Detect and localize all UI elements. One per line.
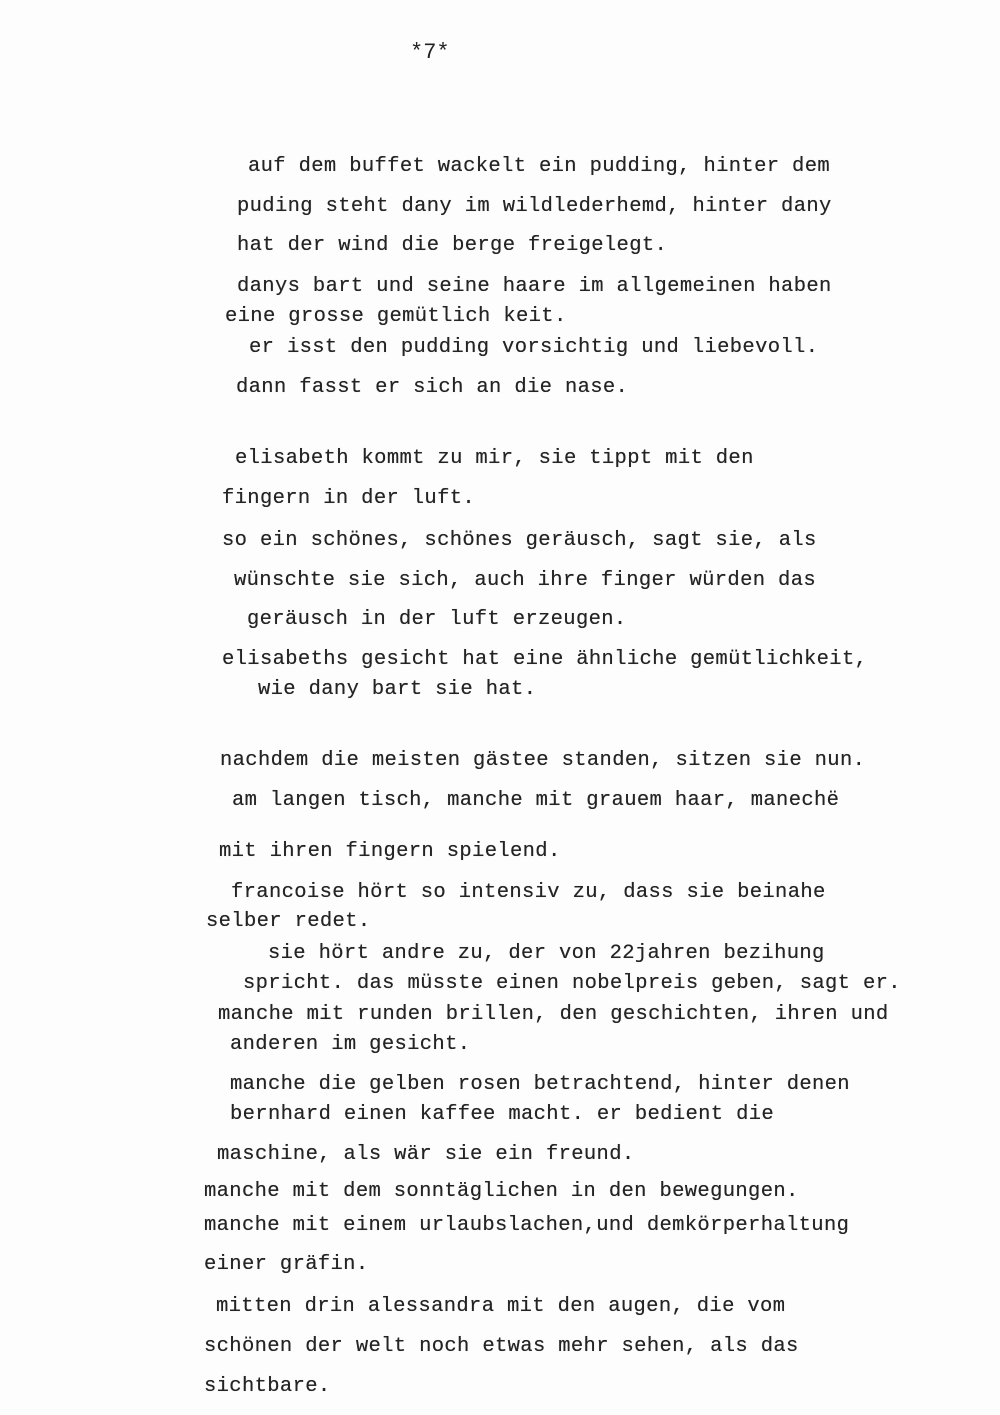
page-number: *7* xyxy=(410,40,450,65)
text-line: mitten drin alessandra mit den augen, di… xyxy=(216,1295,785,1318)
text-line: puding steht dany im wildlederhemd, hint… xyxy=(237,195,832,218)
text-line: wünschte sie sich, auch ihre finger würd… xyxy=(234,569,816,592)
text-line: fingern in der luft. xyxy=(222,487,475,510)
text-line: manche mit dem sonntäglichen in den bewe… xyxy=(204,1180,799,1203)
text-line: dann fasst er sich an die nase. xyxy=(236,376,628,399)
text-line: selber redet. xyxy=(206,910,370,933)
text-line: sichtbare. xyxy=(204,1375,331,1398)
text-line: am langen tisch, manche mit grauem haar,… xyxy=(232,789,839,812)
text-line: einer gräfin. xyxy=(204,1253,368,1276)
text-line: manche mit runden brillen, den geschicht… xyxy=(218,1003,889,1026)
text-line: eine grosse gemütlich keit. xyxy=(225,305,567,328)
text-line: er isst den pudding vorsichtig und liebe… xyxy=(249,336,818,359)
text-line: wie dany bart sie hat. xyxy=(258,678,536,701)
text-line: auf dem buffet wackelt ein pudding, hint… xyxy=(248,155,830,178)
text-line: spricht. das müsste einen nobelpreis geb… xyxy=(243,972,901,995)
text-line: schönen der welt noch etwas mehr sehen, … xyxy=(204,1335,799,1358)
text-line: geräusch in der luft erzeugen. xyxy=(247,608,627,631)
text-line: mit ihren fingern spielend. xyxy=(219,840,561,863)
text-line: anderen im gesicht. xyxy=(230,1033,470,1056)
text-line: hat der wind die berge freigelegt. xyxy=(237,234,667,257)
text-line: bernhard einen kaffee macht. er bedient … xyxy=(230,1103,774,1126)
text-line: so ein schönes, schönes geräusch, sagt s… xyxy=(222,529,817,552)
text-line: sie hört andre zu, der von 22jahren bezi… xyxy=(268,942,825,965)
text-line: maschine, als wär sie ein freund. xyxy=(217,1143,635,1166)
text-line: francoise hört so intensiv zu, dass sie … xyxy=(231,881,826,904)
text-line: elisabeth kommt zu mir, sie tippt mit de… xyxy=(235,447,754,470)
typewritten-page: *7* auf dem buffet wackelt ein pudding, … xyxy=(0,0,1000,1415)
text-line: elisabeths gesicht hat eine ähnliche gem… xyxy=(222,648,867,671)
text-line: manche mit einem urlaubslachen,und demkö… xyxy=(204,1214,849,1237)
text-line: manche die gelben rosen betrachtend, hin… xyxy=(230,1073,850,1096)
text-line: danys bart und seine haare im allgemeine… xyxy=(237,275,832,298)
text-line: nachdem die meisten gästee standen, sitz… xyxy=(220,749,865,772)
